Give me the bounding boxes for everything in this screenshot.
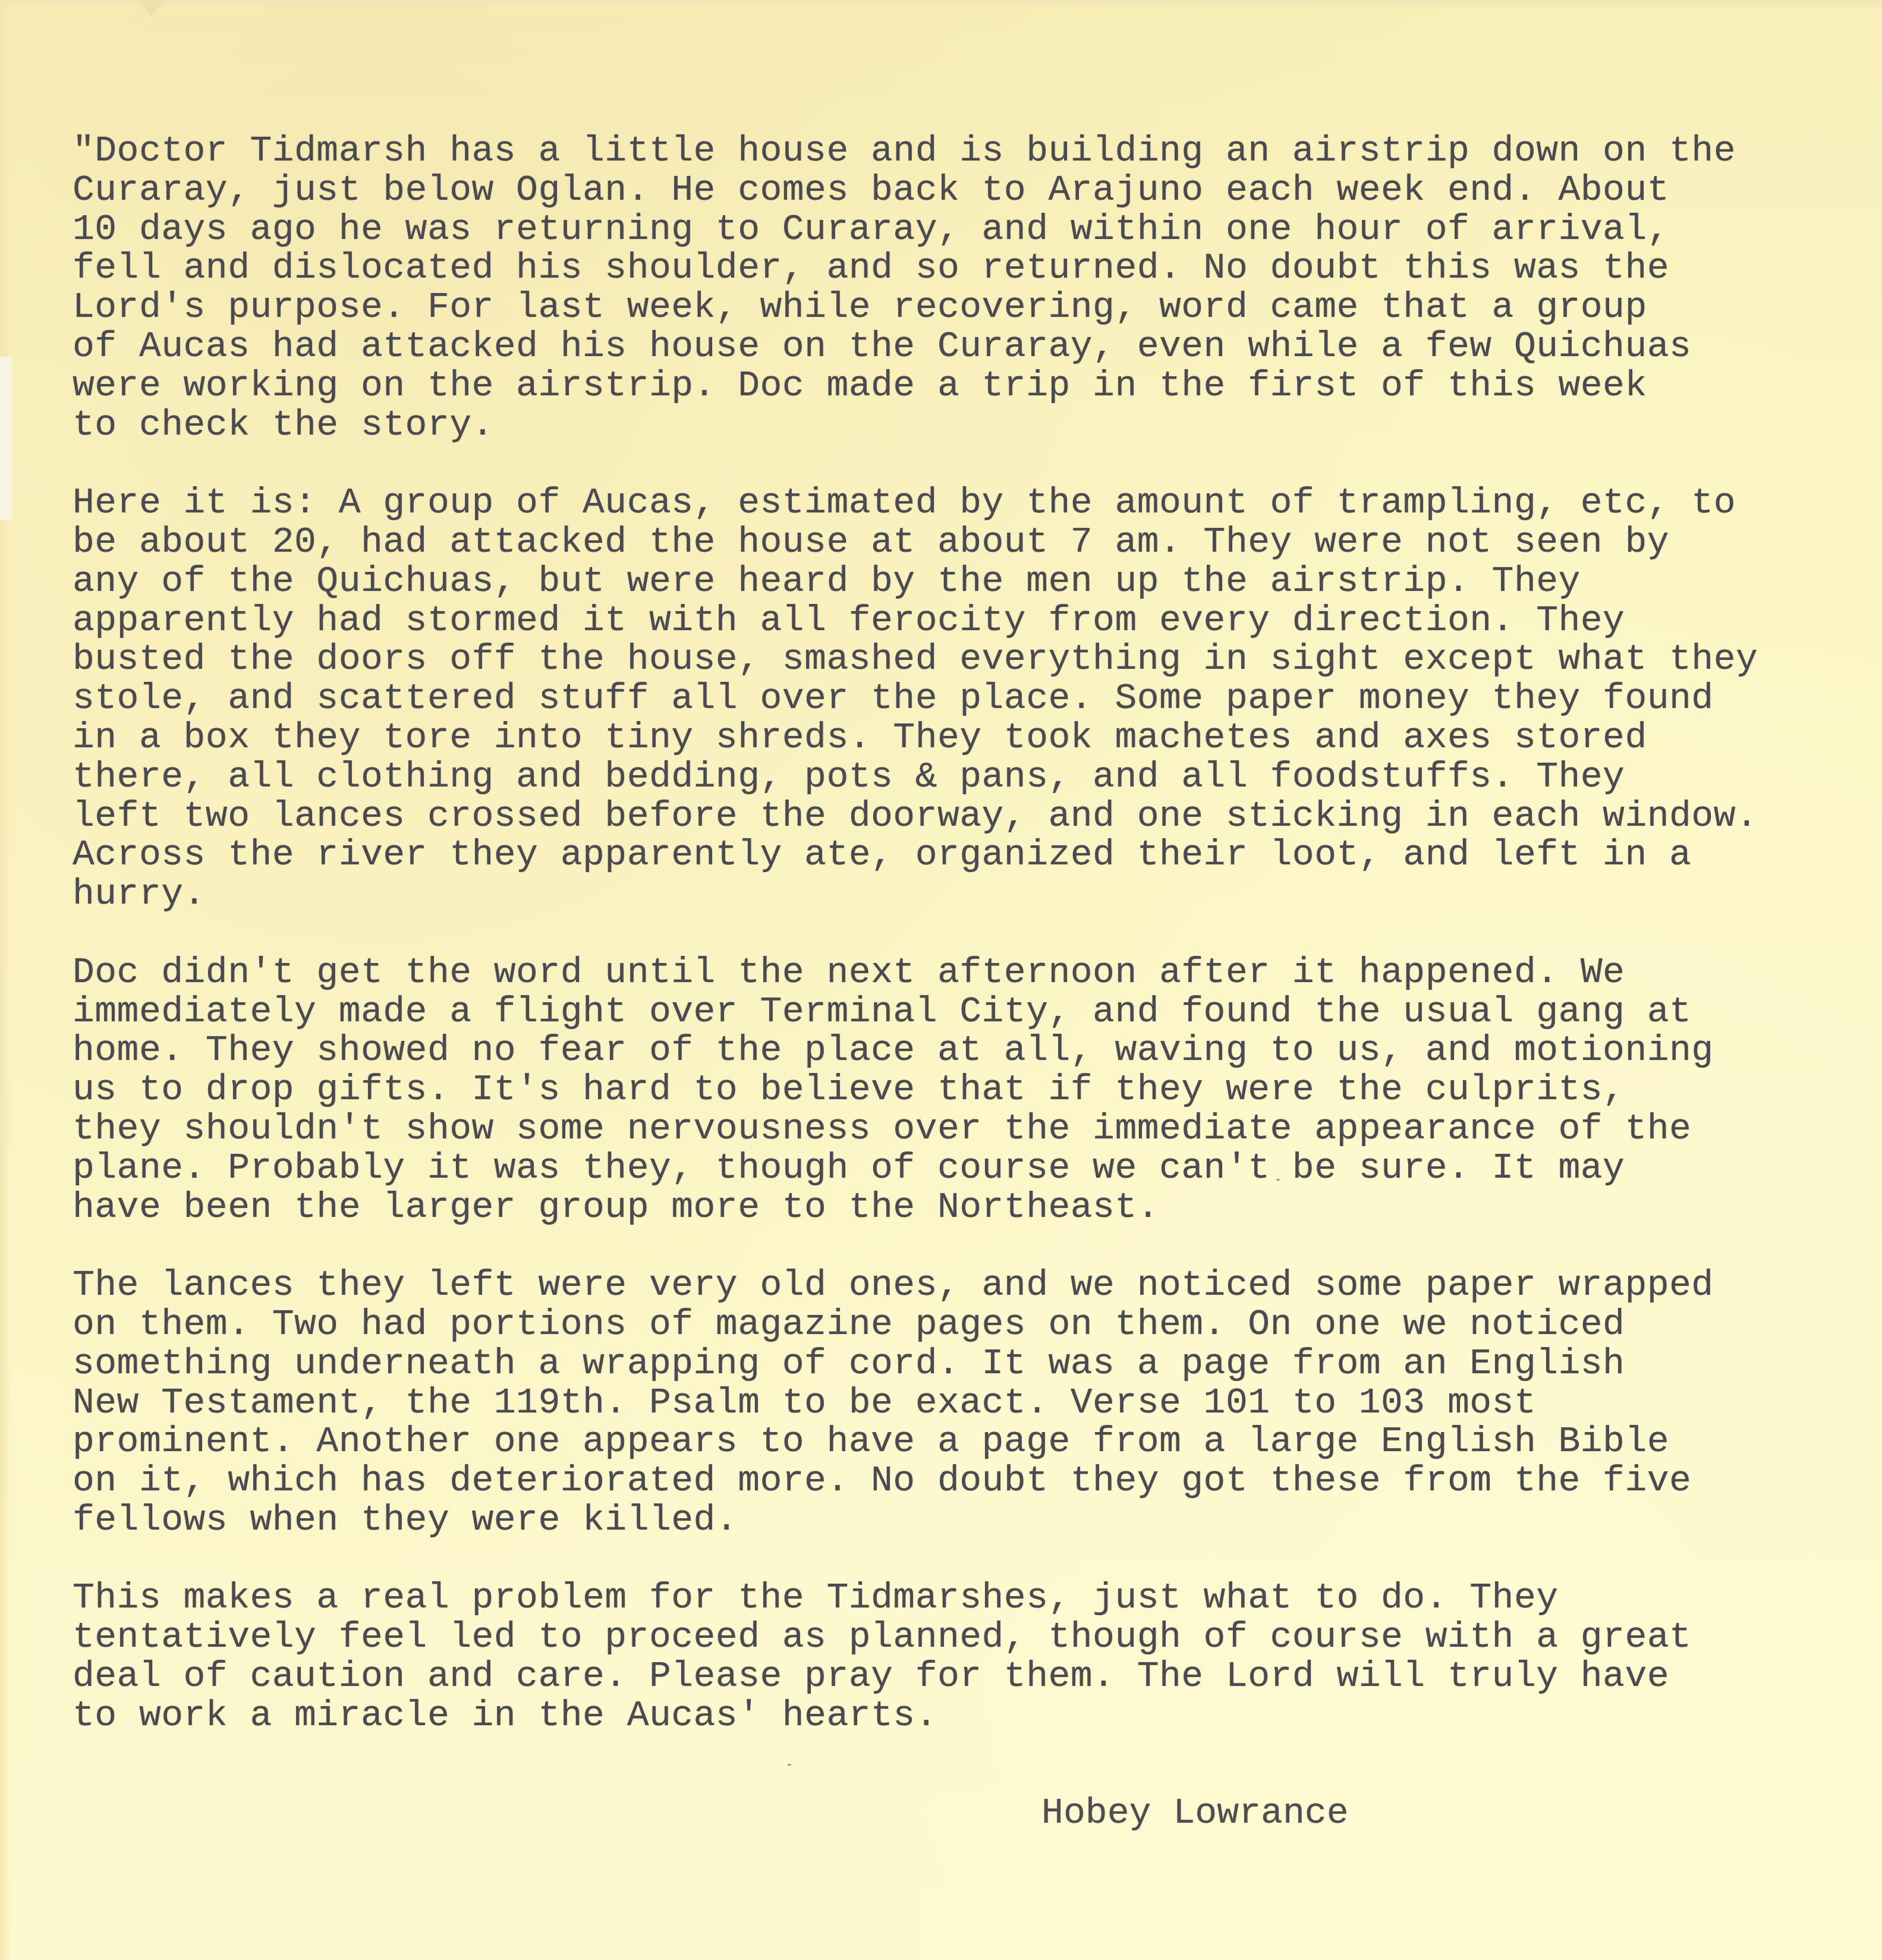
paper-tear-mark [138,0,164,17]
text-line: were working on the airstrip. Doc made a… [73,367,1880,406]
text-line: there, all clothing and bedding, pots & … [73,758,1880,797]
text-line: The lances they left were very old ones,… [73,1266,1880,1305]
text-line: Curaray, just below Oglan. He comes back… [73,171,1880,210]
text-line: Across the river they apparently ate, or… [73,836,1880,875]
text-line: on it, which has deteriorated more. No d… [73,1462,1880,1501]
paper-edge-notch [0,357,12,520]
letter-body: "Doctor Tidmarsh has a little house and … [73,132,1880,1775]
text-line: Lord's purpose. For last week, while rec… [73,288,1880,328]
text-line: fell and dislocated his shoulder, and so… [73,249,1880,288]
text-line: be about 20, had attacked the house at a… [73,523,1880,562]
paragraph-2: Here it is: A group of Aucas, estimated … [73,484,1880,914]
text-line: 10 days ago he was returning to Curaray,… [73,210,1880,250]
text-line: immediately made a flight over Terminal … [73,993,1880,1032]
text-line: apparently had stormed it with all feroc… [73,602,1880,641]
text-line: Doc didn't get the word until the next a… [73,954,1880,993]
paper-left-edge [0,0,11,1960]
paper-top-edge [0,0,1882,8]
text-line: in a box they tore into tiny shreds. The… [73,719,1880,758]
text-line: hurry. [73,875,1880,914]
text-line: prominent. Another one appears to have a… [73,1423,1880,1462]
text-line: Here it is: A group of Aucas, estimated … [73,484,1880,523]
paragraph-4: The lances they left were very old ones,… [73,1266,1880,1540]
text-line: deal of caution and care. Please pray fo… [73,1657,1880,1697]
text-line: on them. Two had portions of magazine pa… [73,1305,1880,1345]
text-line: busted the doors off the house, smashed … [73,640,1880,679]
text-line: have been the larger group more to the N… [73,1188,1880,1228]
signature: Hobey Lowrance [1041,1794,1349,1833]
text-line: to check the story. [73,406,1880,445]
text-line: stole, and scattered stuff all over the … [73,679,1880,719]
text-line: home. They showed no fear of the place a… [73,1031,1880,1071]
text-line: they shouldn't show some nervousness ove… [73,1110,1880,1149]
text-line: us to drop gifts. It's hard to believe t… [73,1071,1880,1110]
text-line: New Testament, the 119th. Psalm to be ex… [73,1384,1880,1423]
text-line: left two lances crossed before the doorw… [73,797,1880,836]
text-line: tentatively feel led to proceed as plann… [73,1618,1880,1657]
text-line: "Doctor Tidmarsh has a little house and … [73,132,1880,171]
stray-ink-mark [788,1764,791,1766]
text-line: to work a miracle in the Aucas' hearts. [73,1697,1880,1736]
text-line: fellows when they were killed. [73,1501,1880,1540]
text-line: something underneath a wrapping of cord.… [73,1345,1880,1384]
text-line: of Aucas had attacked his house on the C… [73,328,1880,367]
text-line: This makes a real problem for the Tidmar… [73,1579,1880,1618]
paragraph-5: This makes a real problem for the Tidmar… [73,1579,1880,1735]
text-line: plane. Probably it was they, though of c… [73,1149,1880,1188]
paragraph-1: "Doctor Tidmarsh has a little house and … [73,132,1880,445]
text-line: any of the Quichuas, but were heard by t… [73,562,1880,602]
stray-ink-mark [1276,1179,1280,1181]
paragraph-3: Doc didn't get the word until the next a… [73,954,1880,1228]
